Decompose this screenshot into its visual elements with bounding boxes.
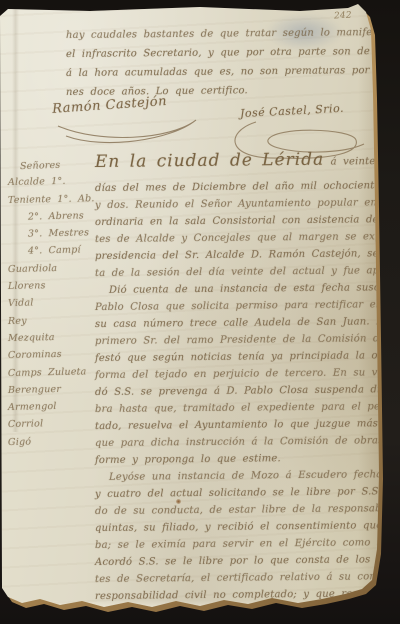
margin-name: Rey	[8, 311, 96, 330]
photo-background: 242 hay caudales bastantes de que tratar…	[0, 0, 400, 624]
margin-name: Corriol	[8, 415, 96, 434]
margin-name: Corominas	[8, 345, 96, 364]
margin-name: Guardiola	[8, 259, 96, 278]
act-body: En la ciudad de Lérida á veinte y siete …	[95, 154, 375, 605]
margin-name-list: Alcalde 1°. Teniente 1°. Ab. 2°. Abrens …	[8, 174, 96, 451]
act-heading: En la ciudad de Lérida	[95, 150, 324, 172]
margin-name: Gigó	[8, 432, 96, 451]
margin-name: Mezquita	[8, 328, 96, 347]
signature-flourish-icon	[52, 110, 212, 146]
margin-name: Berenguer	[8, 380, 96, 399]
signature-alcalde: Ramón Castejón	[52, 96, 222, 146]
act-line-list: días del mes de Diciembre del año mil oc…	[95, 180, 375, 605]
paper-stain	[176, 499, 181, 504]
page-number: 242	[334, 11, 352, 22]
margin-name: Vidal	[8, 294, 96, 313]
margin-name: 4°. Campí	[8, 242, 96, 261]
margin-name: 2°. Abrens	[8, 207, 96, 226]
margin-name: Teniente 1°. Ab.	[8, 190, 96, 209]
margin-name: Camps Zulueta	[8, 363, 96, 382]
act-heading-line: En la ciudad de Lérida á veinte y siete	[95, 151, 375, 180]
margin-name: Alcalde 1°.	[8, 172, 96, 191]
margin-attendees: Señores Alcalde 1°. Teniente 1°. Ab. 2°.…	[8, 157, 96, 451]
manuscript-page: 242 hay caudales bastantes de que tratar…	[0, 4, 384, 616]
